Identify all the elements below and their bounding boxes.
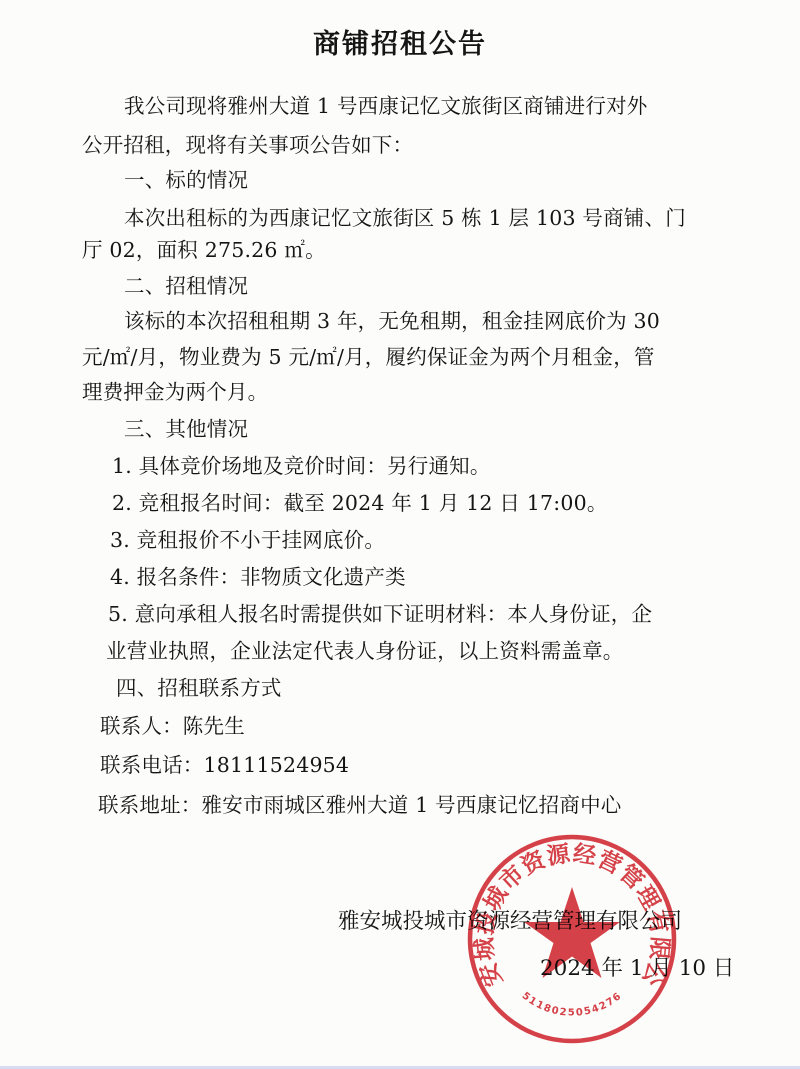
list-item-4: 4. 报名条件：非物质文化遗产类: [110, 563, 406, 591]
intro-line-1: 我公司现将雅州大道 1 号西康记忆文旅街区商铺进行对外: [124, 92, 647, 120]
intro-line-2: 公开招租，现将有关事项公告如下：: [82, 131, 413, 159]
section-heading-4: 四、招租联系方式: [116, 674, 282, 702]
list-item-5: 5. 意向承租人报名时需提供如下证明材料：本人身份证，企: [108, 600, 652, 628]
list-item-5-cont: 业营业执照，企业法定代表人身份证，以上资料需盖章。: [106, 637, 624, 665]
seal-code: 5118025054276: [520, 990, 625, 1018]
svg-text:5118025054276: 5118025054276: [520, 990, 625, 1018]
section-heading-1: 一、标的情况: [124, 166, 248, 194]
section-2-line-2: 元/㎡/月，物业费为 5 元/㎡/月，履约保证金为两个月租金，管: [82, 343, 655, 371]
contact-address: 联系地址：雅安市雨城区雅州大道 1 号西康记忆招商中心: [98, 791, 621, 819]
list-item-2: 2. 竞租报名时间：截至 2024 年 1 月 12 日 17:00。: [112, 489, 608, 517]
section-1-line-2: 厅 02，面积 275.26 ㎡。: [82, 236, 326, 264]
section-2-line-1: 该标的本次招租租期 3 年，无免租期，租金挂网底价为 30: [124, 307, 660, 335]
section-heading-2: 二、招租情况: [124, 272, 248, 300]
list-item-1: 1. 具体竞价场地及竞价时间：另行通知。: [112, 452, 491, 480]
section-1-line-1: 本次出租标的为西康记忆文旅街区 5 栋 1 层 103 号商铺、门: [124, 204, 686, 232]
list-item-3: 3. 竞租报价不小于挂网底价。: [110, 526, 385, 554]
section-2-line-3: 理费押金为两个月。: [82, 378, 268, 406]
contact-phone: 联系电话：18111524954: [100, 751, 349, 779]
section-heading-3: 三、其他情况: [124, 415, 248, 443]
contact-person: 联系人：陈先生: [100, 712, 245, 740]
page-title: 商铺招租公告: [0, 22, 800, 61]
announcement-page: 商铺招租公告 我公司现将雅州大道 1 号西康记忆文旅街区商铺进行对外 公开招租，…: [0, 0, 800, 1069]
official-seal-icon: 雅安城投城市资源经营管理有限公司 5118025054276: [465, 832, 679, 1046]
